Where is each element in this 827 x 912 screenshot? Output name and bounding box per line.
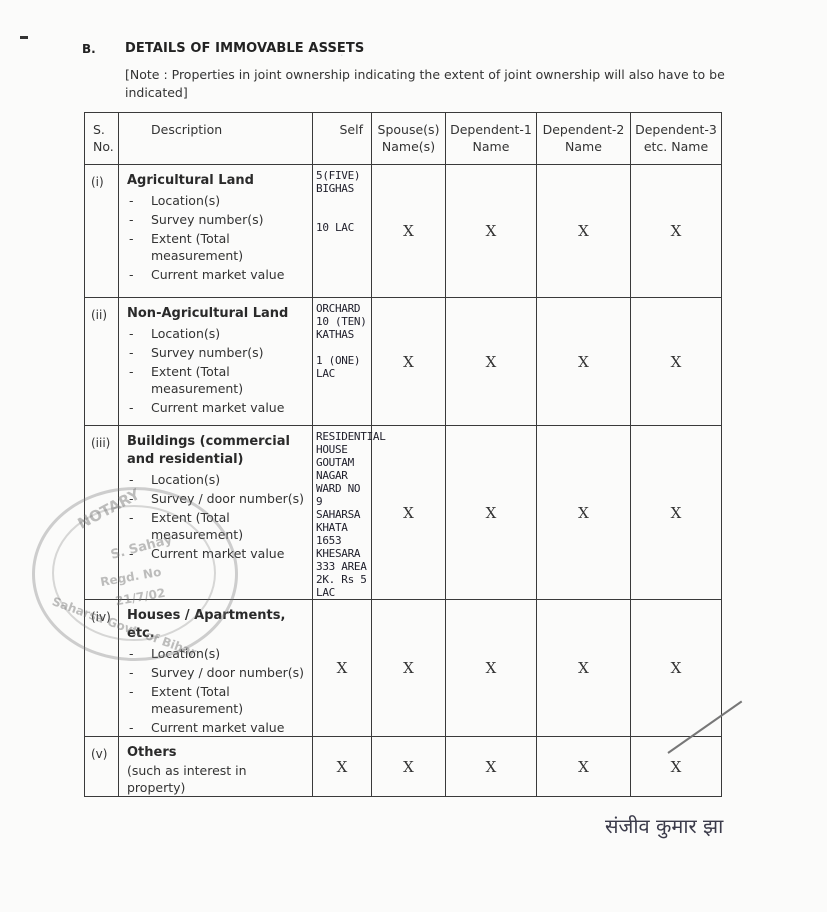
header-dependent-2: Dependent-2 Name: [537, 113, 631, 165]
row-subitem: -Survey number(s): [127, 211, 308, 228]
subitem-label: Current market value: [151, 719, 284, 736]
table-row: (v)Others(such as interest in property)X…: [85, 737, 722, 797]
subitem-label: Extent (Total measurement): [151, 230, 308, 264]
row-subitem: -Extent (Total measurement): [127, 509, 308, 543]
bullet-dash: -: [127, 471, 151, 488]
table-row: (iv)Houses / Apartments, etc.-Location(s…: [85, 600, 722, 737]
row-sno: (i): [85, 165, 119, 298]
cell-self: ORCHARD 10 (TEN) KATHAS 1 (ONE) LAC: [313, 298, 372, 426]
row-subitem: -Current market value: [127, 266, 308, 283]
cell-dep3: X: [631, 298, 722, 426]
immovable-assets-table: S. No. Description Self Spouse(s) Name(s…: [84, 112, 722, 797]
cell-dep3: X: [631, 165, 722, 298]
bullet-dash: -: [127, 490, 151, 507]
row-subitem: -Location(s): [127, 325, 308, 342]
row-sno: (ii): [85, 298, 119, 426]
section-number: B.: [82, 42, 96, 56]
row-category: Houses / Apartments, etc.: [127, 607, 308, 643]
cell-spouse: X: [372, 737, 446, 797]
cell-dep2: X: [537, 737, 631, 797]
header-dependent-1: Dependent-1 Name: [446, 113, 537, 165]
bullet-dash: -: [127, 325, 151, 342]
table-row: (i)Agricultural Land-Location(s)-Survey …: [85, 165, 722, 298]
bullet-dash: -: [127, 545, 151, 562]
table-header-row: S. No. Description Self Spouse(s) Name(s…: [85, 113, 722, 165]
subitem-label: Location(s): [151, 645, 220, 662]
bullet-dash: -: [127, 645, 151, 662]
cell-spouse: X: [372, 426, 446, 600]
row-subitem: -Current market value: [127, 545, 308, 562]
subitem-label: Current market value: [151, 545, 284, 562]
subitem-label: Location(s): [151, 471, 220, 488]
bullet-dash: -: [127, 230, 151, 264]
row-sno: (v): [85, 737, 119, 797]
row-subitem: -Survey / door number(s): [127, 490, 308, 507]
row-description: Non-Agricultural Land-Location(s)-Survey…: [119, 298, 313, 426]
cell-dep2: X: [537, 426, 631, 600]
row-subitem: -Survey number(s): [127, 344, 308, 361]
bullet-dash: -: [127, 344, 151, 361]
row-description: Others(such as interest in property): [119, 737, 313, 797]
cell-spouse: X: [372, 165, 446, 298]
cell-self: 5(FIVE) BIGHAS 10 LAC: [313, 165, 372, 298]
subitem-label: Location(s): [151, 325, 220, 342]
table-row: (ii)Non-Agricultural Land-Location(s)-Su…: [85, 298, 722, 426]
bullet-dash: -: [127, 509, 151, 543]
bullet-dash: -: [127, 266, 151, 283]
cell-dep3: X: [631, 426, 722, 600]
subitem-label: Extent (Total measurement): [151, 363, 308, 397]
row-subitem: -Extent (Total measurement): [127, 363, 308, 397]
row-category: Buildings (commercial and residential): [127, 433, 308, 469]
row-category: Non-Agricultural Land: [127, 305, 308, 323]
bullet-dash: -: [127, 399, 151, 416]
subitem-label: Survey / door number(s): [151, 664, 304, 681]
row-sno: (iv): [85, 600, 119, 737]
row-description: Agricultural Land-Location(s)-Survey num…: [119, 165, 313, 298]
row-subitem: -Current market value: [127, 399, 308, 416]
table-row: (iii)Buildings (commercial and residenti…: [85, 426, 722, 600]
header-dependent-3: Dependent-3 etc. Name: [631, 113, 722, 165]
cell-dep1: X: [446, 426, 537, 600]
cell-dep1: X: [446, 298, 537, 426]
cell-dep2: X: [537, 600, 631, 737]
cell-spouse: X: [372, 600, 446, 737]
row-category: Others: [127, 744, 308, 762]
cell-dep3: X: [631, 600, 722, 737]
cell-spouse: X: [372, 298, 446, 426]
cell-dep1: X: [446, 165, 537, 298]
row-subitem: -Extent (Total measurement): [127, 683, 308, 717]
subitem-label: Survey number(s): [151, 211, 264, 228]
subitem-label: Survey / door number(s): [151, 490, 304, 507]
cell-dep1: X: [446, 600, 537, 737]
signature: संजीव कुमार झा: [605, 812, 723, 839]
cell-self: RESIDENTIAL HOUSE GOUTAM NAGAR WARD NO 9…: [313, 426, 372, 600]
section-note: [Note : Properties in joint ownership in…: [125, 66, 735, 102]
row-description: Buildings (commercial and residential)-L…: [119, 426, 313, 600]
cell-dep1: X: [446, 737, 537, 797]
bullet-dash: -: [127, 363, 151, 397]
row-subitem: -Location(s): [127, 471, 308, 488]
subitem-label: Extent (Total measurement): [151, 683, 308, 717]
row-subitem: -Extent (Total measurement): [127, 230, 308, 264]
bullet-dash: -: [127, 683, 151, 717]
bullet-dash: -: [127, 211, 151, 228]
subitem-label: Location(s): [151, 192, 220, 209]
row-subitem: -Survey / door number(s): [127, 664, 308, 681]
header-description: Description: [119, 113, 313, 165]
cell-self: X: [313, 600, 372, 737]
cell-dep2: X: [537, 298, 631, 426]
row-description: Houses / Apartments, etc.-Location(s)-Su…: [119, 600, 313, 737]
header-sno: S. No.: [85, 113, 119, 165]
bullet-dash: -: [127, 664, 151, 681]
subitem-label: Current market value: [151, 266, 284, 283]
bullet-dash: -: [127, 192, 151, 209]
row-category: Agricultural Land: [127, 172, 308, 190]
subitem-label: Extent (Total measurement): [151, 509, 308, 543]
row-subitem: -Current market value: [127, 719, 308, 736]
row-subitem: -Location(s): [127, 192, 308, 209]
subitem-label: Survey number(s): [151, 344, 264, 361]
row-subitem: -Location(s): [127, 645, 308, 662]
header-spouse: Spouse(s) Name(s): [372, 113, 446, 165]
scan-mark: [20, 36, 28, 39]
row-category-note: (such as interest in property): [127, 762, 308, 796]
header-self: Self: [313, 113, 372, 165]
cell-self: X: [313, 737, 372, 797]
subitem-label: Current market value: [151, 399, 284, 416]
section-title: DETAILS OF IMMOVABLE ASSETS: [125, 41, 364, 56]
cell-dep2: X: [537, 165, 631, 298]
bullet-dash: -: [127, 719, 151, 736]
row-sno: (iii): [85, 426, 119, 600]
